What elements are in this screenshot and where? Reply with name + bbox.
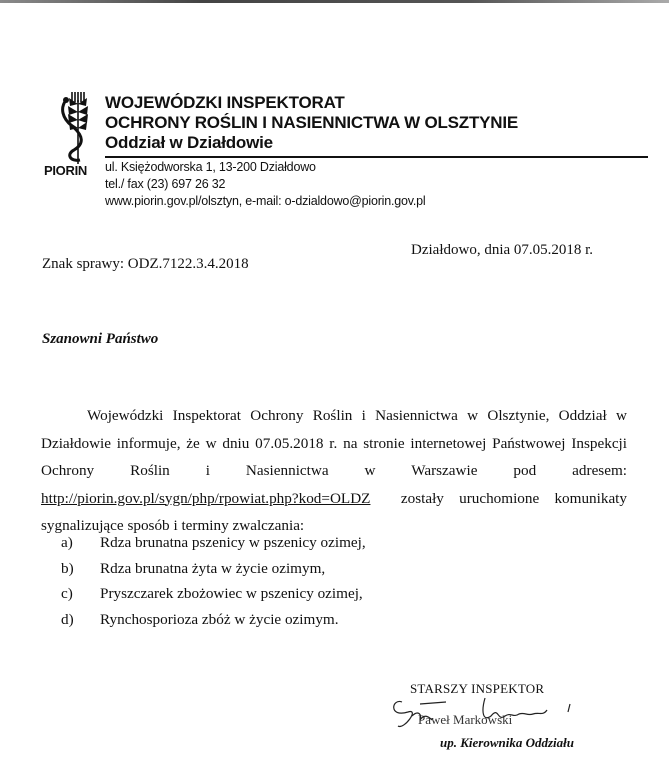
- signature-role: up. Kierownika Oddziału: [440, 735, 574, 751]
- list-item: d)Rynchosporioza zbóż w życie ozimym.: [61, 607, 366, 633]
- handwritten-signature-icon: [390, 690, 580, 735]
- body-paragraph: Wojewódzki Inspektorat Ochrony Roślin i …: [41, 402, 627, 540]
- logo-text: PIORIN: [44, 163, 87, 178]
- org-line-3: Oddział w Działdowie: [105, 133, 518, 153]
- list-text: Rynchosporioza zbóż w życie ozimym.: [100, 607, 339, 633]
- list-item: a)Rdza brunatna pszenicy w pszenicy ozim…: [61, 530, 366, 556]
- list-text: Rdza brunatna pszenicy w pszenicy ozimej…: [100, 530, 366, 556]
- letter-body: Wojewódzki Inspektorat Ochrony Roślin i …: [41, 402, 627, 540]
- place-date: Działdowo, dnia 07.05.2018 r.: [411, 242, 593, 259]
- header-divider: [105, 156, 648, 158]
- piorin-link[interactable]: http://piorin.gov.pl/sygn/php/rpowiat.ph…: [41, 490, 370, 507]
- list-item: b)Rdza brunatna żyta w życie ozimym,: [61, 556, 366, 582]
- case-reference: Znak sprawy: ODZ.7122.3.4.2018: [42, 256, 249, 273]
- wheat-caduceus-icon: [58, 92, 98, 164]
- body-text-before-link: Wojewódzki Inspektorat Ochrony Roślin i …: [41, 407, 627, 479]
- org-line-1: WOJEWÓDZKI INSPEKTORAT: [105, 93, 518, 113]
- list-marker: b): [61, 556, 100, 582]
- piorin-logo: PIORIN: [44, 92, 114, 184]
- organization-name: WOJEWÓDZKI INSPEKTORAT OCHRONY ROŚLIN I …: [105, 93, 518, 153]
- list-marker: c): [61, 581, 100, 607]
- org-line-2: OCHRONY ROŚLIN I NASIENNICTWA W OLSZTYNI…: [105, 113, 518, 133]
- list-marker: d): [61, 607, 100, 633]
- address: ul. Księżodworska 1, 13-200 Działdowo: [105, 159, 426, 176]
- list-text: Rdza brunatna żyta w życie ozimym,: [100, 556, 325, 582]
- web-email: www.piorin.gov.pl/olsztyn, e-mail: o-dzi…: [105, 193, 426, 210]
- pest-list: a)Rdza brunatna pszenicy w pszenicy ozim…: [61, 530, 366, 632]
- contact-info: ul. Księżodworska 1, 13-200 Działdowo te…: [105, 159, 426, 210]
- list-item: c)Pryszczarek zbożowiec w pszenicy ozime…: [61, 581, 366, 607]
- list-marker: a): [61, 530, 100, 556]
- salutation: Szanowni Państwo: [42, 331, 158, 348]
- scan-edge: [0, 0, 669, 3]
- list-text: Pryszczarek zbożowiec w pszenicy ozimej,: [100, 581, 363, 607]
- phone: tel./ fax (23) 697 26 32: [105, 176, 426, 193]
